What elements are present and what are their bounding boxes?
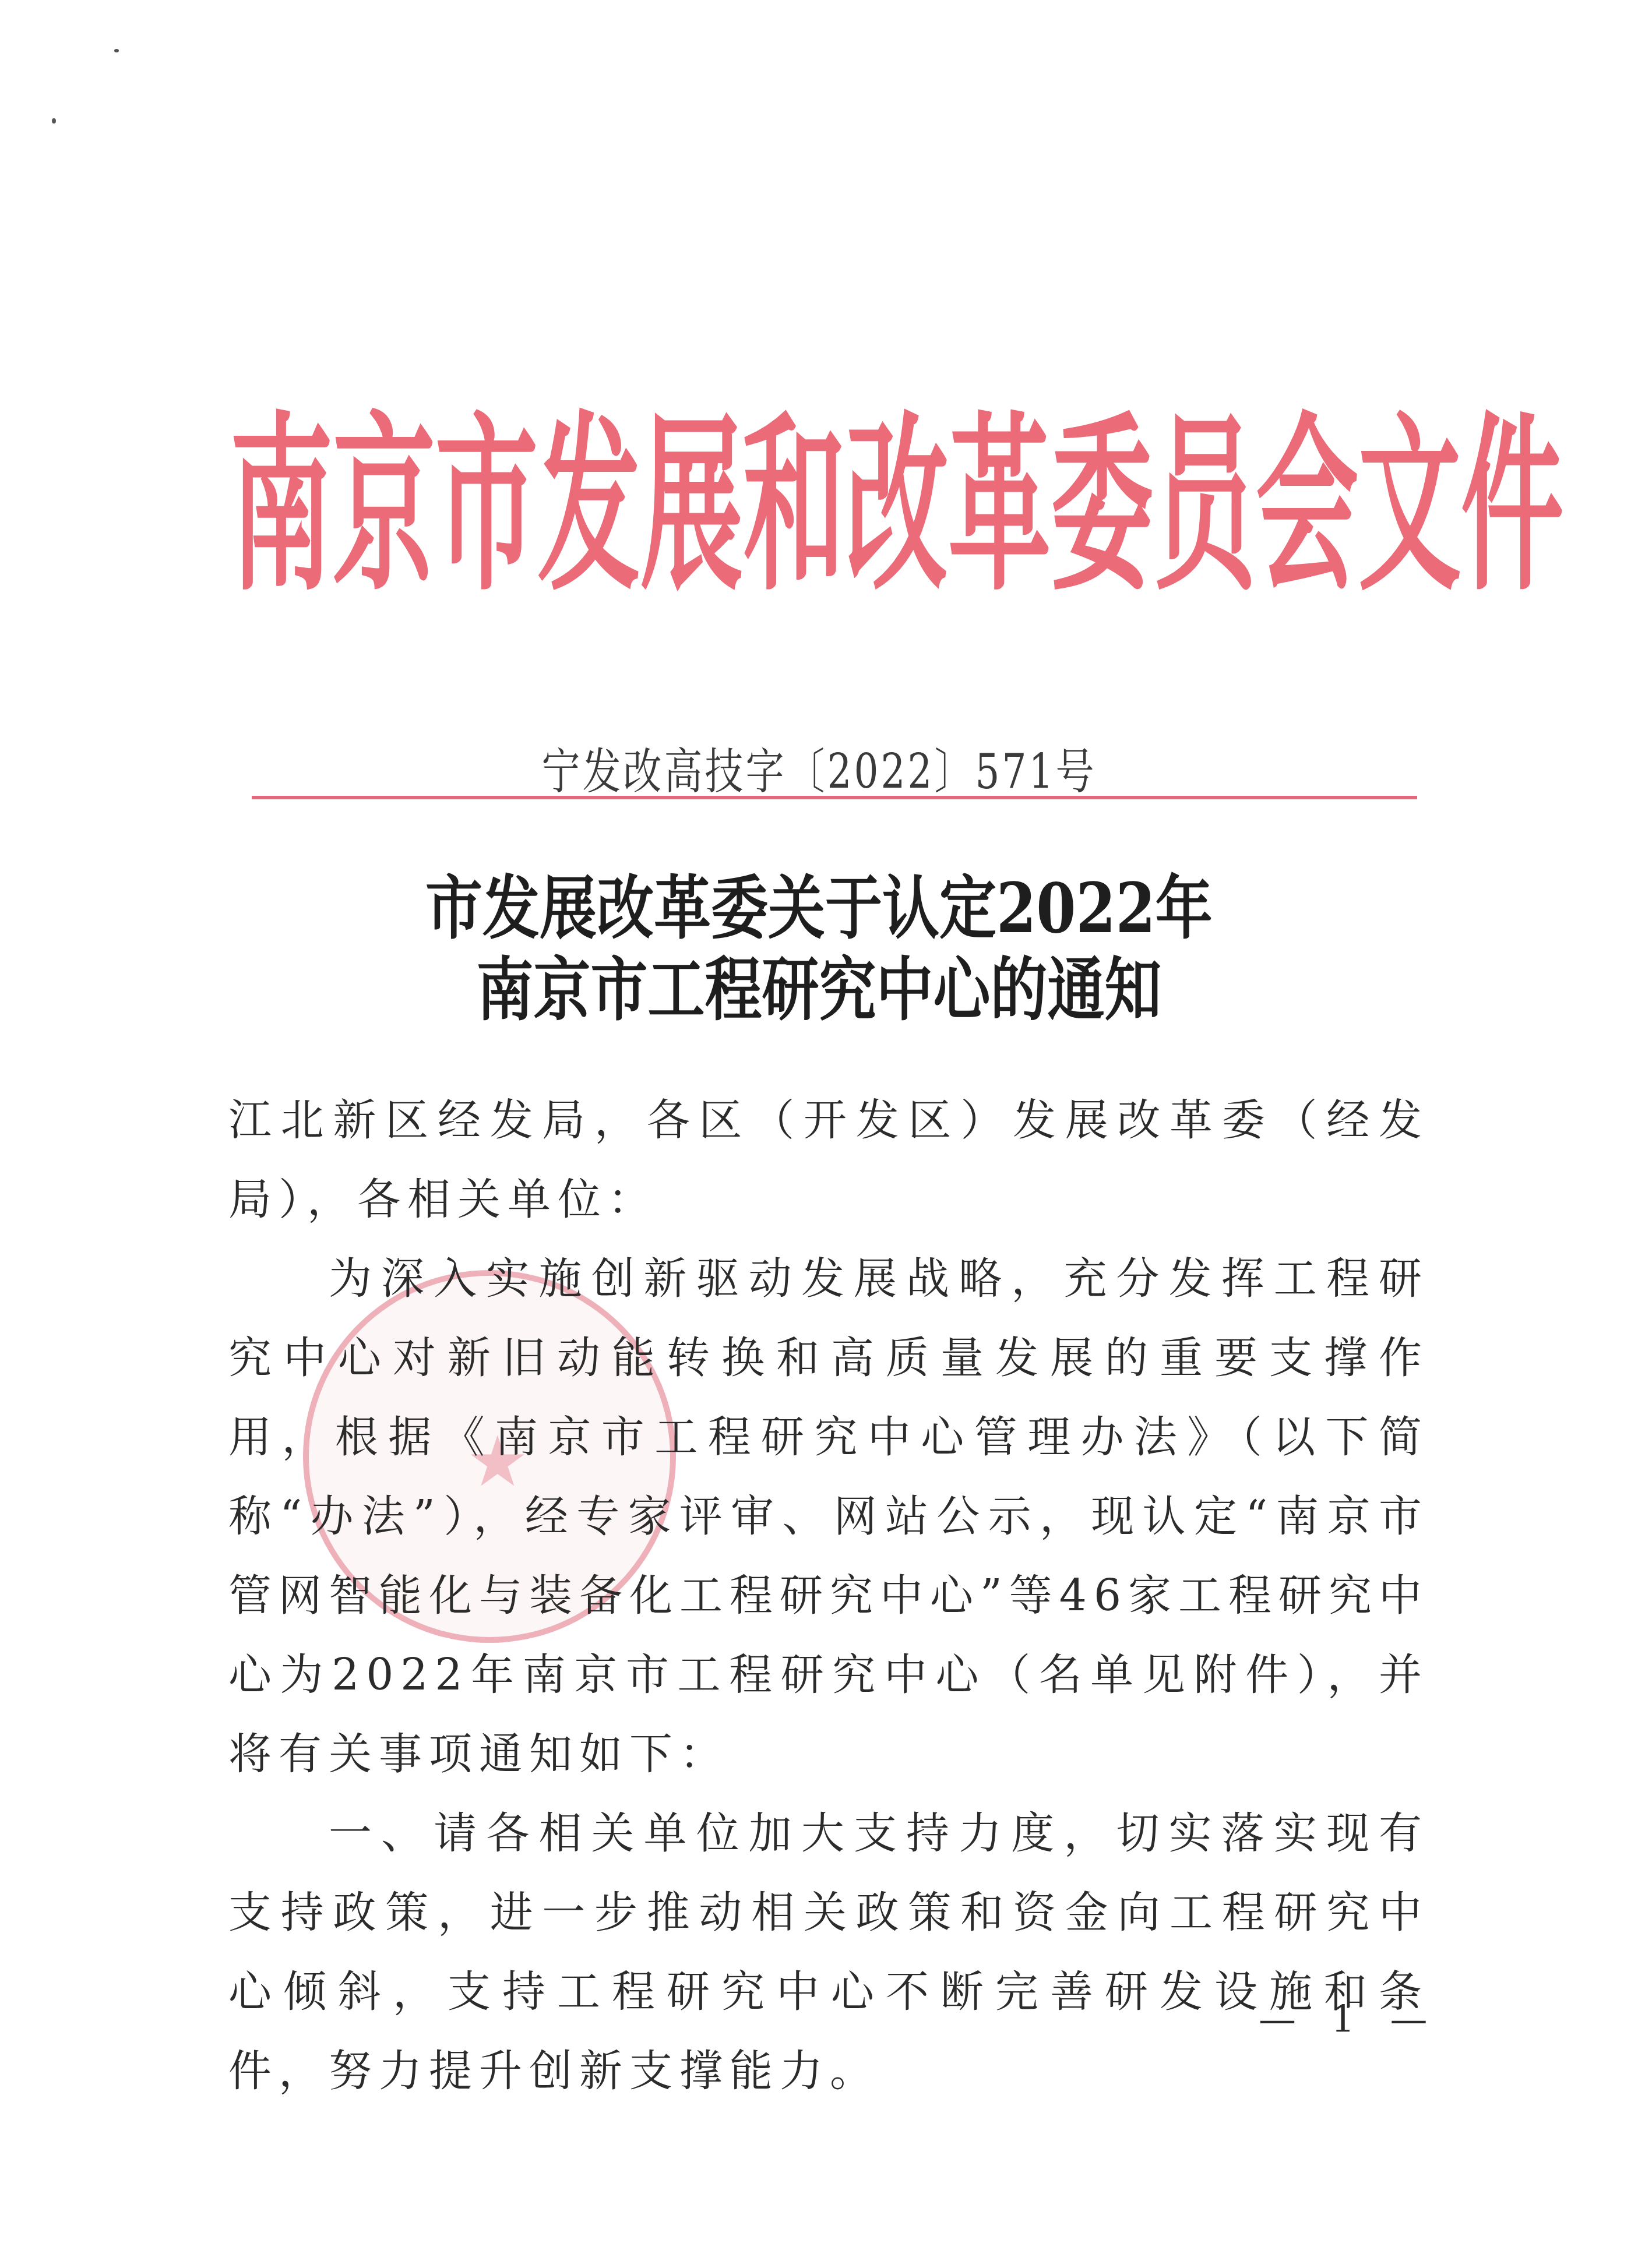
masthead-char: 展 <box>640 412 743 602</box>
masthead-char: 南 <box>230 412 333 602</box>
addressee: 江北新区经发局，各区（开发区）发展改革委（经发局），各相关单位： <box>228 1081 1429 1239</box>
masthead-char: 文 <box>1358 412 1461 602</box>
body-paragraph: 为深入实施创新驱动发展战略，充分发挥工程研究中心对新旧动能转换和高质量发展的重要… <box>228 1239 1429 1794</box>
scan-speck <box>52 118 56 124</box>
scan-speck <box>114 49 119 52</box>
document-number: 宁发改高技字〔2022〕571号 <box>0 733 1638 802</box>
masthead-char: 京 <box>333 412 435 602</box>
masthead-title: 南 京 市 发 展 和 改 革 委 员 会 文 件 <box>230 408 1442 606</box>
masthead-char: 和 <box>743 412 846 602</box>
masthead-char: 会 <box>1256 412 1358 602</box>
masthead-char: 改 <box>846 412 948 602</box>
masthead-char: 员 <box>1153 412 1256 602</box>
masthead-char: 委 <box>1051 412 1153 602</box>
red-divider-rule <box>252 796 1417 799</box>
masthead-char: 革 <box>948 412 1051 602</box>
page-number: — 1 — <box>1259 1998 1439 2041</box>
masthead-char: 发 <box>538 412 640 602</box>
body-paragraph: 一、请各相关单位加大支持力度，切实落实现有支持政策，进一步推动相关政策和资金向工… <box>228 1794 1429 2111</box>
document-body: 江北新区经发局，各区（开发区）发展改革委（经发局），各相关单位： 为深入实施创新… <box>228 1081 1429 2111</box>
masthead-char: 市 <box>435 412 538 602</box>
masthead-char: 件 <box>1461 412 1563 602</box>
document-title-line-2: 南京市工程研究中心的通知 <box>0 936 1638 1034</box>
